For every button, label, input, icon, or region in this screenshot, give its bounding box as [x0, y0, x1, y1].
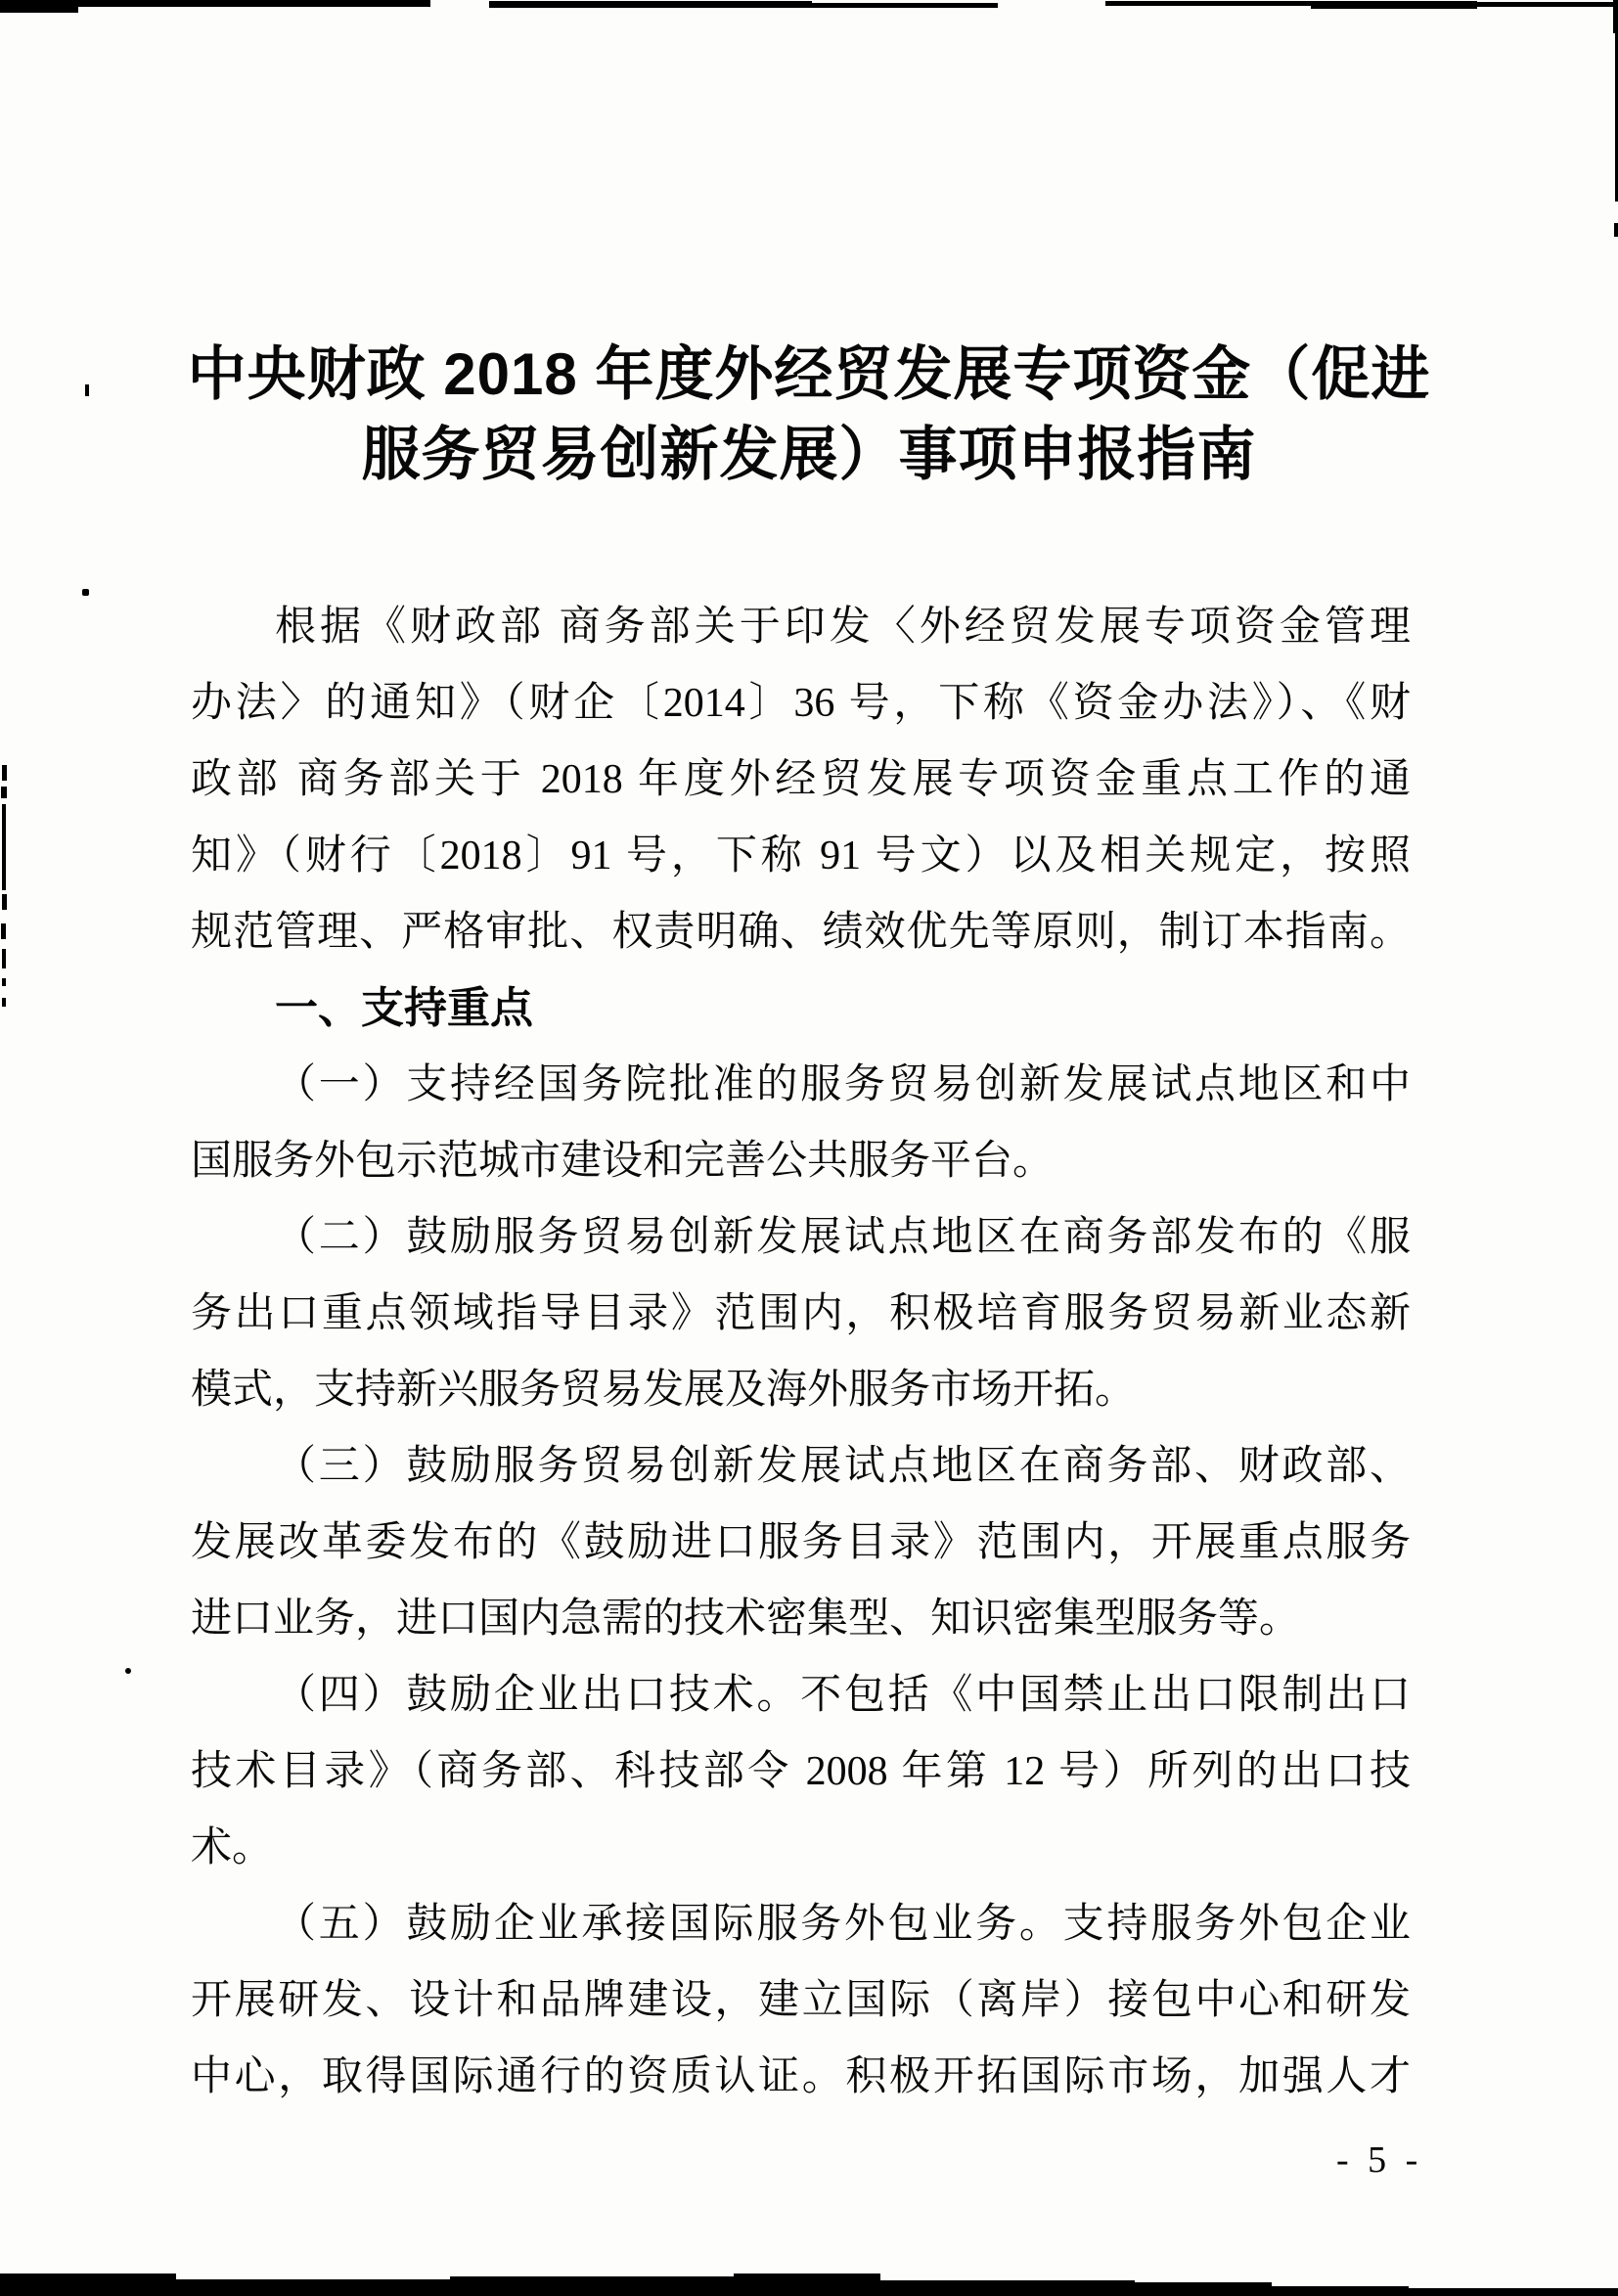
scan-artifact-left-mark	[2, 804, 6, 890]
scan-artifact-right-strip	[1614, 223, 1618, 237]
text-line: （二）鼓励服务贸易创新发展试点地区在商务部发布的《服	[191, 1199, 1411, 1276]
scan-artifact-bottom-band	[0, 2270, 1618, 2296]
scan-artifact-top-band	[0, 2, 78, 13]
title-line: 中央财政 2018 年度外经贸发展专项资金（促进	[158, 335, 1460, 415]
text-line: 办法〉的通知》（财企〔2014〕36 号，下称《资金办法》）、《财	[191, 665, 1411, 742]
text-line: 术。	[191, 1810, 1411, 1886]
text-line: （四）鼓励企业出口技术。不包括《中国禁止出口限制出口	[191, 1657, 1411, 1733]
body-paragraph: （一）支持经国务院批准的服务贸易创新发展试点地区和中国服务外包示范城市建设和完善…	[191, 1047, 1411, 1199]
body-paragraph: 根据《财政部 商务部关于印发〈外经贸发展专项资金管理办法〉的通知》（财企〔201…	[191, 589, 1411, 970]
body-paragraph: （三）鼓励服务贸易创新发展试点地区在商务部、财政部、发展改革委发布的《鼓励进口服…	[191, 1428, 1411, 1657]
text-line: 一、支持重点	[191, 970, 1411, 1047]
scan-artifact-right-strip	[1613, 0, 1618, 33]
scan-artifact-left-mark	[2, 978, 6, 986]
document-title: 中央财政 2018 年度外经贸发展专项资金（促进 服务贸易创新发展）事项申报指南	[158, 335, 1460, 495]
scan-artifact-speck	[85, 384, 89, 396]
page-number: - 5 -	[1336, 2138, 1422, 2182]
text-line: 中心，取得国际通行的资质认证。积极开拓国际市场，加强人才	[191, 2039, 1411, 2115]
scan-artifact-left-mark	[2, 998, 6, 1007]
text-line: 技术目录》（商务部、科技部令 2008 年第 12 号）所列的出口技	[191, 1733, 1411, 1810]
text-line: 发展改革委发布的《鼓励进口服务目录》范围内，开展重点服务	[191, 1505, 1411, 1581]
document-body: 根据《财政部 商务部关于印发〈外经贸发展专项资金管理办法〉的通知》（财企〔201…	[191, 589, 1411, 2115]
body-paragraph: （二）鼓励服务贸易创新发展试点地区在商务部发布的《服务出口重点领域指导目录》范围…	[191, 1199, 1411, 1428]
scan-artifact-left-mark	[2, 894, 7, 910]
scan-artifact-left-mark	[1, 923, 6, 939]
scan-artifact-left-mark	[2, 949, 6, 968]
scan-artifact-speck	[125, 1668, 131, 1674]
section-heading: 一、支持重点	[191, 970, 1411, 1047]
scan-artifact-top-band	[1467, 2, 1618, 7]
text-line: 知》（财行〔2018〕91 号，下称 91 号文）以及相关规定，按照	[191, 818, 1411, 894]
scan-artifact-speck	[82, 589, 89, 596]
body-paragraph: （五）鼓励企业承接国际服务外包业务。支持服务外包企业开展研发、设计和品牌建设，建…	[191, 1886, 1411, 2115]
text-line: 进口业务，进口国内急需的技术密集型、知识密集型服务等。	[191, 1581, 1411, 1657]
scan-artifact-top-band	[802, 3, 998, 8]
text-line: （一）支持经国务院批准的服务贸易创新发展试点地区和中	[191, 1047, 1411, 1123]
scan-artifact-top-band	[1311, 1, 1477, 9]
body-paragraph: （四）鼓励企业出口技术。不包括《中国禁止出口限制出口技术目录》（商务部、科技部令…	[191, 1657, 1411, 1886]
text-line: 根据《财政部 商务部关于印发〈外经贸发展专项资金管理	[191, 589, 1411, 665]
text-line: 开展研发、设计和品牌建设，建立国际（离岸）接包中心和研发	[191, 1962, 1411, 2039]
scan-artifact-top-band	[489, 1, 812, 8]
text-line: 模式，支持新兴服务贸易发展及海外服务市场开拓。	[191, 1352, 1411, 1428]
scan-artifact-left-mark	[2, 765, 7, 781]
title-line: 服务贸易创新发展）事项申报指南	[158, 415, 1460, 495]
text-line: 规范管理、严格审批、权责明确、绩效优先等原则，制订本指南。	[191, 894, 1411, 970]
text-line: （三）鼓励服务贸易创新发展试点地区在商务部、财政部、	[191, 1428, 1411, 1505]
document-page: 中央财政 2018 年度外经贸发展专项资金（促进 服务贸易创新发展）事项申报指南…	[0, 0, 1618, 2296]
text-line: 政部 商务部关于 2018 年度外经贸发展专项资金重点工作的通	[191, 742, 1411, 818]
text-line: （五）鼓励企业承接国际服务外包业务。支持服务外包企业	[191, 1886, 1411, 1962]
text-line: 国服务外包示范城市建设和完善公共服务平台。	[191, 1123, 1411, 1199]
scan-artifact-left-mark	[1, 787, 7, 798]
text-line: 务出口重点领域指导目录》范围内，积极培育服务贸易新业态新	[191, 1276, 1411, 1352]
